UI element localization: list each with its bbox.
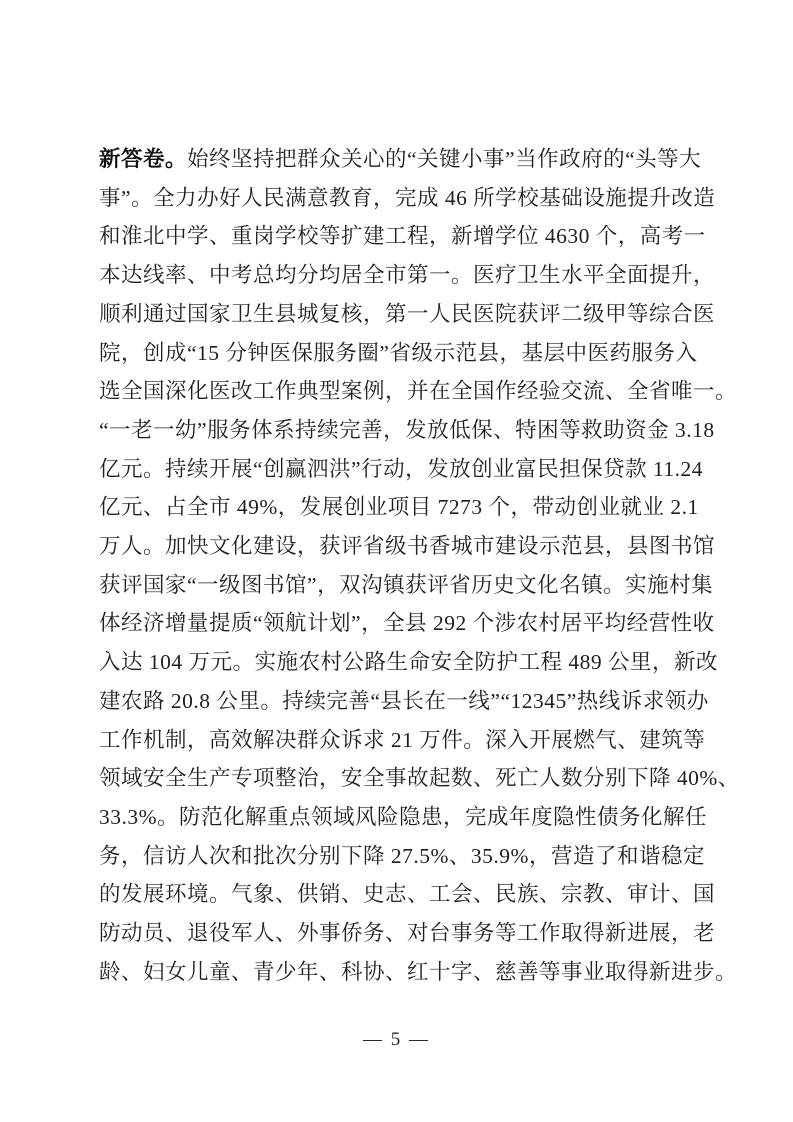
- text-line: 33.3%。防范化解重点领域风险隐患，完成年度隐性债务化解任: [99, 798, 696, 837]
- text-line: 万人。加快文化建设，获评省级书香城市建设示范县，县图书馆: [99, 527, 696, 566]
- text-line: “一老一幼”服务体系持续完善，发放低保、特困等救助资金 3.18: [99, 411, 696, 450]
- text-line: 的发展环境。气象、供销、史志、工会、民族、宗教、审计、国: [99, 875, 696, 914]
- text-line: 工作机制，高效解决群众诉求 21 万件。深入开展燃气、建筑等: [99, 721, 696, 760]
- text-line: 新答卷。始终坚持把群众关心的“关键小事”当作政府的“头等大: [99, 140, 696, 179]
- text-line: 亿元、占全市 49%，发展创业项目 7273 个，带动创业就业 2.1: [99, 488, 696, 527]
- text-line: 龄、妇女儿童、青少年、科协、红十字、慈善等事业取得新进步。: [99, 953, 696, 992]
- text-line: 领域安全生产专项整治，安全事故起数、死亡人数分别下降 40%、: [99, 759, 696, 798]
- page-number: — 5 —: [0, 1028, 793, 1052]
- text-line: 本达线率、中考总均分均居全市第一。医疗卫生水平全面提升，: [99, 256, 696, 295]
- text-line: 亿元。持续开展“创赢泗洪”行动，发放创业富民担保贷款 11.24: [99, 450, 696, 489]
- text-line: 和淮北中学、重岗学校等扩建工程，新增学位 4630 个，高考一: [99, 217, 696, 256]
- text-line: 获评国家“一级图书馆”，双沟镇获评省历史文化名镇。实施村集: [99, 566, 696, 605]
- body-paragraph: 新答卷。始终坚持把群众关心的“关键小事”当作政府的“头等大 事”。全力办好人民满…: [99, 140, 696, 991]
- text-line: 事”。全力办好人民满意教育，完成 46 所学校基础设施提升改造: [99, 179, 696, 218]
- text-line: 入达 104 万元。实施农村公路生命安全防护工程 489 公里，新改: [99, 643, 696, 682]
- text-line: 务，信访人次和批次分别下降 27.5%、35.9%，营造了和谐稳定: [99, 837, 696, 876]
- text-line: 建农路 20.8 公里。持续完善“县长在一线”“12345”热线诉求领办: [99, 682, 696, 721]
- text-line: 院，创成“15 分钟医保服务圈”省级示范县，基层中医药服务入: [99, 334, 696, 373]
- text-line: 顺利通过国家卫生县城复核，第一人民医院获评二级甲等综合医: [99, 295, 696, 334]
- text-line-rest: 始终坚持把群众关心的“关键小事”当作政府的“头等大: [187, 147, 701, 171]
- text-line: 防动员、退役军人、外事侨务、对台事务等工作取得新进展，老: [99, 914, 696, 953]
- text-line: 选全国深化医改工作典型案例，并在全国作经验交流、全省唯一。: [99, 372, 696, 411]
- text-line: 体经济增量提质“领航计划”，全县 292 个涉农村居平均经营性收: [99, 604, 696, 643]
- paragraph-lead-bold: 新答卷。: [99, 147, 187, 171]
- document-page: 新答卷。始终坚持把群众关心的“关键小事”当作政府的“头等大 事”。全力办好人民满…: [0, 0, 793, 1122]
